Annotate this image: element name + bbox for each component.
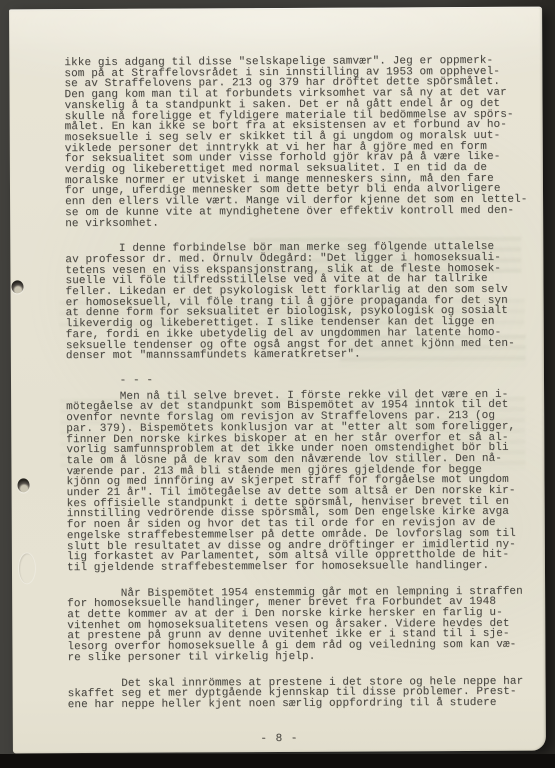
text-line: ne virksomhet. [65,216,543,229]
text-line: re slike personer til virkelig hjelp. [67,650,545,663]
paragraph: Det skal innrömmes at prestene i det sto… [68,676,546,711]
text-line: se om de kunne vite at myndighetene över… [65,205,543,218]
scan-background: ikke gis adgang til disse "selskapelige … [0,0,555,768]
text-line: til gjeldende straffebestemmelser for ho… [67,561,545,574]
text-line: - - - [66,374,544,387]
paper-page: ikke gis adgang til disse "selskapelige … [9,7,546,754]
document-text: ikke gis adgang til disse "selskapelige … [64,56,545,711]
paragraph: ikke gis adgang til disse "selskapelige … [64,56,543,230]
page-number: - 8 - [13,732,546,747]
section-divider: - - - [66,374,544,387]
paragraph: Men nå til selve brevet. I förste rekke … [66,389,545,573]
paragraph: Når Bispemötet 1954 enstemmig går mot en… [67,586,545,663]
scan-bottom-band [0,754,555,768]
punch-hole-top [11,280,23,293]
text-line: ene har neppe heller kjent noen særlig o… [68,698,546,711]
punch-hole-bottom [18,478,30,492]
paragraph: I denne forbindelse bör man merke seg fö… [65,242,544,362]
emboss-mark [18,552,36,584]
text-line: denser mot "mannssamfundets kameratkrets… [66,349,544,362]
